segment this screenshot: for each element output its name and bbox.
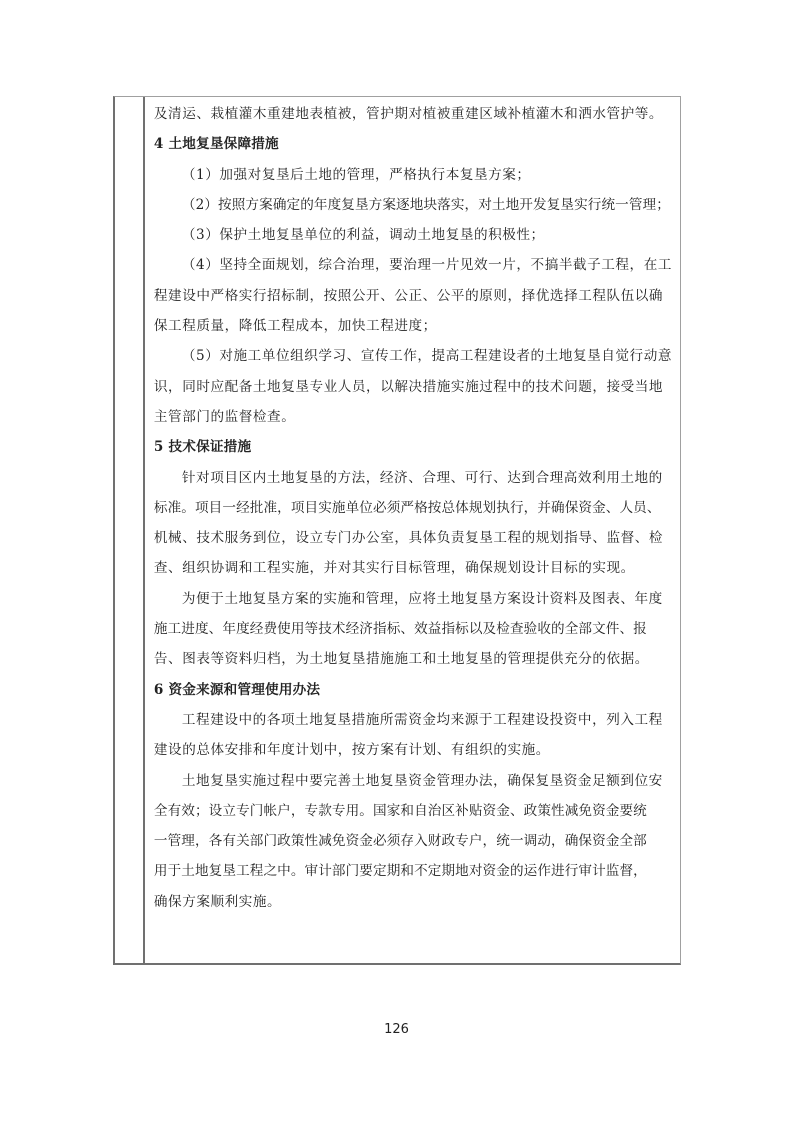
text-line: 保工程质量，降低工程成本，加快工程进度； [154,311,672,341]
content-table: 及清运、栽植灌木重建地表植被，管护期对植被重建区域补植灌木和洒水管护等。 4 土… [113,96,681,965]
text-line: 建设的总体安排和年度计划中，按方案有计划、有组织的实施。 [154,735,672,765]
table-left-column [115,97,145,963]
list-item-3: （3）保护土地复垦单位的利益，调动土地复垦的积极性； [154,220,672,250]
text-line: 施工进度、年度经费使用等技术经济指标、效益指标以及检查验收的全部文件、报 [154,614,672,644]
paragraph-start: 针对项目区内土地复垦的方法，经济、合理、可行、达到合理高效利用土地的 [154,463,672,493]
page-number: 126 [0,1022,793,1037]
text-line: 告、图表等资料归档，为土地复垦措施施工和土地复垦的管理提供充分的依据。 [154,644,672,674]
text-line: 全有效；设立专门帐户，专款专用。国家和自治区补贴资金、政策性减免资金要统 [154,796,672,826]
section-heading-4: 4 土地复垦保障措施 [154,129,672,159]
text-line: 主管部门的监督检查。 [154,402,672,432]
text-line: 程建设中严格实行招标制，按照公开、公正、公平的原则，择优选择工程队伍以确 [154,281,672,311]
section-heading-5: 5 技术保证措施 [154,432,672,462]
section-heading-6: 6 资金来源和管理使用办法 [154,675,672,705]
text-line: 识，同时应配备土地复垦专业人员，以解决措施实施过程中的技术问题，接受当地 [154,372,672,402]
list-item-1: （1）加强对复垦后土地的管理，严格执行本复垦方案； [154,160,672,190]
text-line: 一管理，各有关部门政策性减免资金必须存入财政专户，统一调动，确保资金全部 [154,826,672,856]
paragraph-start: 为便于土地复垦方案的实施和管理，应将土地复垦方案设计资料及图表、年度 [154,584,672,614]
text-line: 机械、技术服务到位，设立专门办公室，具体负责复垦工程的规划指导、监督、检 [154,523,672,553]
paragraph-start: 工程建设中的各项土地复垦措施所需资金均来源于工程建设投资中，列入工程 [154,705,672,735]
list-item-5: （5）对施工单位组织学习、宣传工作，提高工程建设者的土地复垦自觉行动意 [154,341,672,371]
paragraph-start: 土地复垦实施过程中要完善土地复垦资金管理办法，确保复垦资金足额到位安 [154,766,672,796]
text-line: 查、组织协调和工程实施，并对其实行目标管理，确保规划设计目标的实现。 [154,553,672,583]
text-line: 确保方案顺利实施。 [154,887,672,917]
list-item-4: （4）坚持全面规划，综合治理，要治理一片见效一片，不搞半截子工程，在工 [154,250,672,280]
table-content-cell: 及清运、栽植灌木重建地表植被，管护期对植被重建区域补植灌木和洒水管护等。 4 土… [145,97,680,963]
text-line: 标准。项目一经批准，项目实施单位必须严格按总体规划执行，并确保资金、人员、 [154,493,672,523]
text-line: 用于土地复垦工程之中。审计部门要定期和不定期地对资金的运作进行审计监督， [154,856,672,886]
text-line: 及清运、栽植灌木重建地表植被，管护期对植被重建区域补植灌木和洒水管护等。 [154,99,672,129]
list-item-2: （2）按照方案确定的年度复垦方案逐地块落实，对土地开发复垦实行统一管理； [154,190,672,220]
